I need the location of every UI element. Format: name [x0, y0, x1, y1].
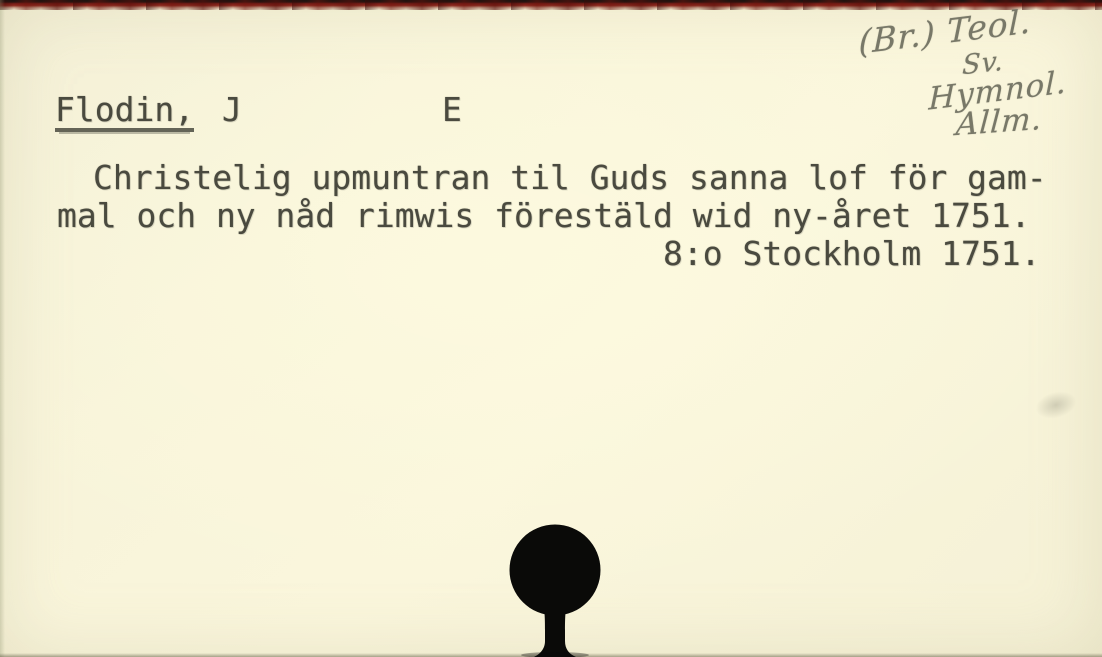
annotation-classification-4: Allm.: [955, 101, 1044, 143]
card-top-edge-stain: [0, 0, 1102, 10]
title-line-2: mal och ny nåd rimwis förestäld wid ny-å…: [57, 199, 1031, 232]
pencil-smudge: [1032, 387, 1079, 423]
heading-author: Flodin,: [55, 93, 194, 132]
imprint-line: 8:o Stockholm 1751.: [663, 237, 1041, 270]
author-initial: J: [222, 93, 242, 126]
annotation-classification-1: (Br.) Teol.: [858, 1, 1031, 62]
punch-hole: [496, 518, 616, 657]
author-surname: Flodin,: [55, 93, 194, 132]
shelf-letter: E: [442, 93, 462, 126]
card-left-edge-shadow: [0, 0, 5, 657]
title-line-1: Christelig upmuntran til Guds sanna lof …: [93, 161, 1047, 194]
catalog-card: Flodin, J E Christelig upmuntran til Gud…: [0, 0, 1102, 657]
